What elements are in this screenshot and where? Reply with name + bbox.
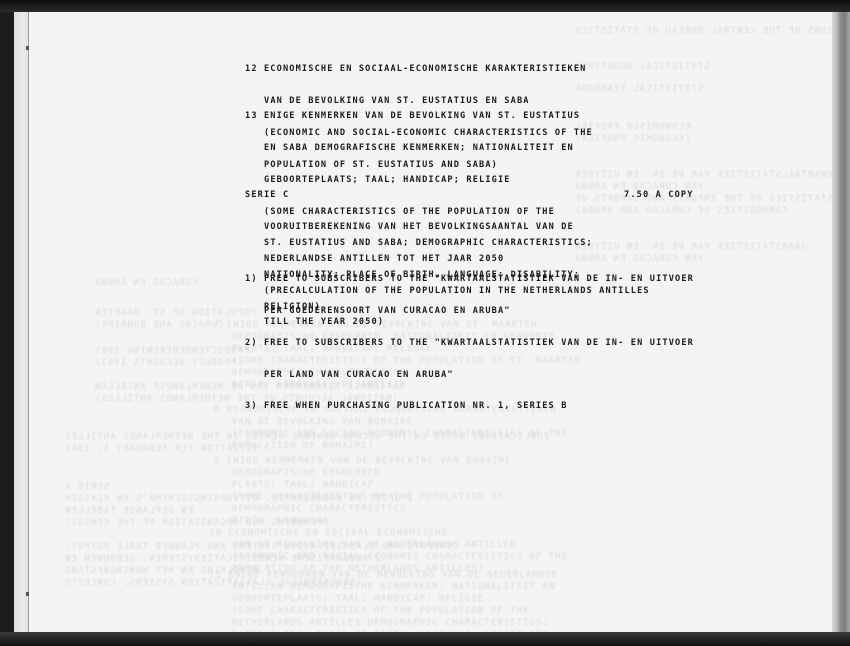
scan-bottom-border xyxy=(0,632,850,646)
series-line: VOORUITBEREKENING VAN HET BEVOLKINGSAANT… xyxy=(245,222,650,233)
entry-title: ENIGE KENMERKEN VAN DE BEVOLKING VAN ST.… xyxy=(264,111,580,121)
footnote-3: 3) FREE WHEN PURCHASING PUBLICATION NR. … xyxy=(245,401,694,412)
scan-right-border xyxy=(832,12,850,632)
entry-title: ECONOMISCHE EN SOCIAAL-ECONOMISCHE KARAK… xyxy=(264,64,587,74)
scan-top-border xyxy=(0,0,850,12)
footnote-line: PER LAND VAN CURACAO EN ARUBA" xyxy=(245,370,694,381)
price-label: 7.50 A COPY xyxy=(624,190,694,201)
series-heading: SERIE C xyxy=(245,190,650,201)
entry-number: 13 xyxy=(245,111,258,121)
entry-line: EN SABA DEMOGRAFISCHE KENMERKEN; NATIONA… xyxy=(245,143,593,154)
footnote-line: PER GOEDERENSOORT VAN CURACAO EN ARUBA" xyxy=(245,306,694,317)
footnote-1: 1) FREE TO SUBSCRIBERS TO THE "KWARTAALS… xyxy=(245,274,694,285)
entry-number: 12 xyxy=(245,64,258,74)
footnote-2: 2) FREE TO SUBSCRIBERS TO THE "KWARTAALS… xyxy=(245,338,694,349)
footnotes: 1) FREE TO SUBSCRIBERS TO THE "KWARTAALS… xyxy=(245,253,694,433)
document-page: PUBLICATIONS OF THE CENTRAL BUREAU OF ST… xyxy=(14,12,832,632)
publication-list: 12 ECONOMISCHE EN SOCIAAL-ECONOMISCHE KA… xyxy=(14,12,832,632)
